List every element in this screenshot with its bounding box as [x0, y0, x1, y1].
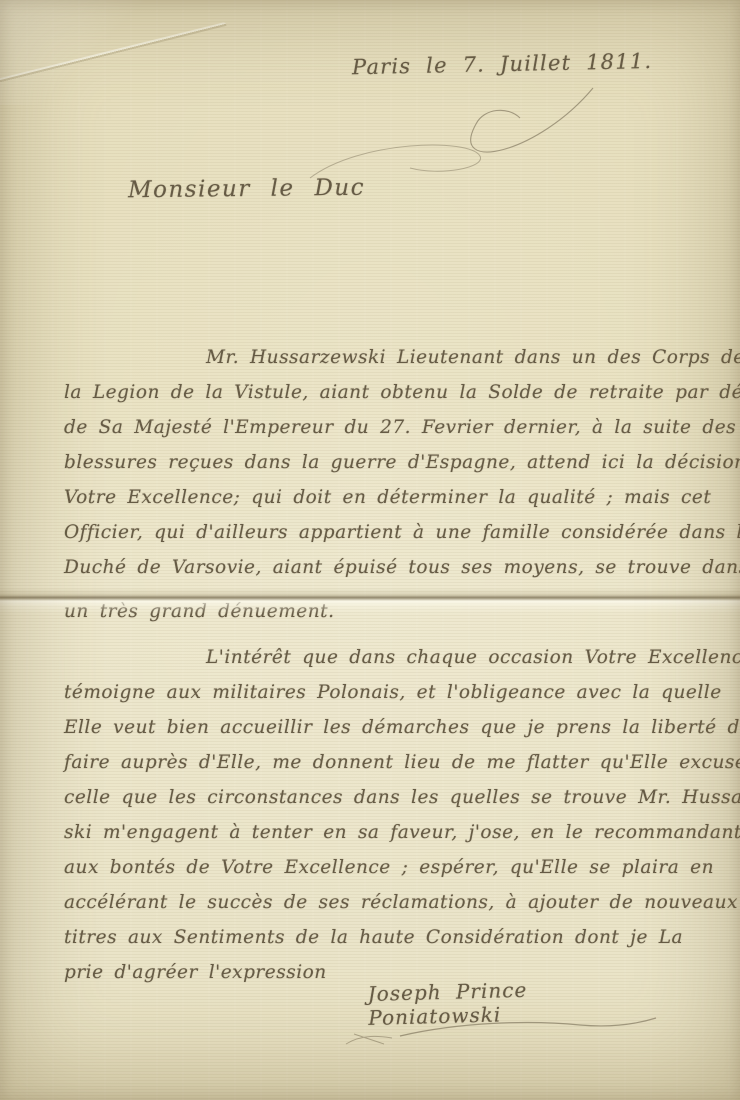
letter-page: Paris le 7. Juillet 1811. Monsieur le Du…: [0, 0, 740, 1100]
dateline: Paris le 7. Juillet 1811.: [352, 49, 662, 79]
letter-line: Votre Excellence; qui doit en déterminer…: [64, 480, 712, 515]
salutation: Monsieur le Duc: [128, 175, 365, 203]
paragraph-1: Mr. Hussarzewski Lieutenant dans un des …: [64, 340, 712, 629]
letter-line: blessures reçues dans la guerre d'Espagn…: [64, 445, 712, 480]
letter-line: titres aux Sentiments de la haute Consid…: [64, 920, 712, 955]
letter-line: Duché de Varsovie, aiant épuisé tous ses…: [64, 550, 712, 585]
letter-line: accélérant le succès de ses réclamations…: [64, 885, 712, 920]
letter-line: Mr. Hussarzewski Lieutenant dans un des …: [64, 340, 712, 375]
letter-line: Officier, qui d'ailleurs appartient à un…: [64, 515, 712, 550]
dateline-flourish: [388, 84, 638, 204]
letter-line: L'intérêt que dans chaque occasion Votre…: [64, 640, 712, 675]
letter-line: un très grand dénuement.: [64, 594, 712, 629]
letter-line: celle que les circonstances dans les que…: [64, 780, 712, 815]
letter-line: faire auprès d'Elle, me donnent lieu de …: [64, 745, 712, 780]
letter-line: de Sa Majesté l'Empereur du 27. Fevrier …: [64, 410, 712, 445]
corner-highlight: [0, 0, 250, 105]
letter-line: la Legion de la Vistule, aiant obtenu la…: [64, 375, 712, 410]
paragraph-2: L'intérêt que dans chaque occasion Votre…: [64, 640, 712, 990]
letter-body: Mr. Hussarzewski Lieutenant dans un des …: [64, 340, 712, 629]
corner-crease: [0, 22, 227, 88]
letter-line: Elle veut bien accueillir les démarches …: [64, 710, 712, 745]
letter-line: aux bontés de Votre Excellence ; espérer…: [64, 850, 712, 885]
signature: Joseph Prince Poniatowski: [367, 974, 668, 1030]
letter-line: ski m'engagent à tenter en sa faveur, j'…: [64, 815, 712, 850]
letter-line: témoigne aux militaires Polonais, et l'o…: [64, 675, 712, 710]
